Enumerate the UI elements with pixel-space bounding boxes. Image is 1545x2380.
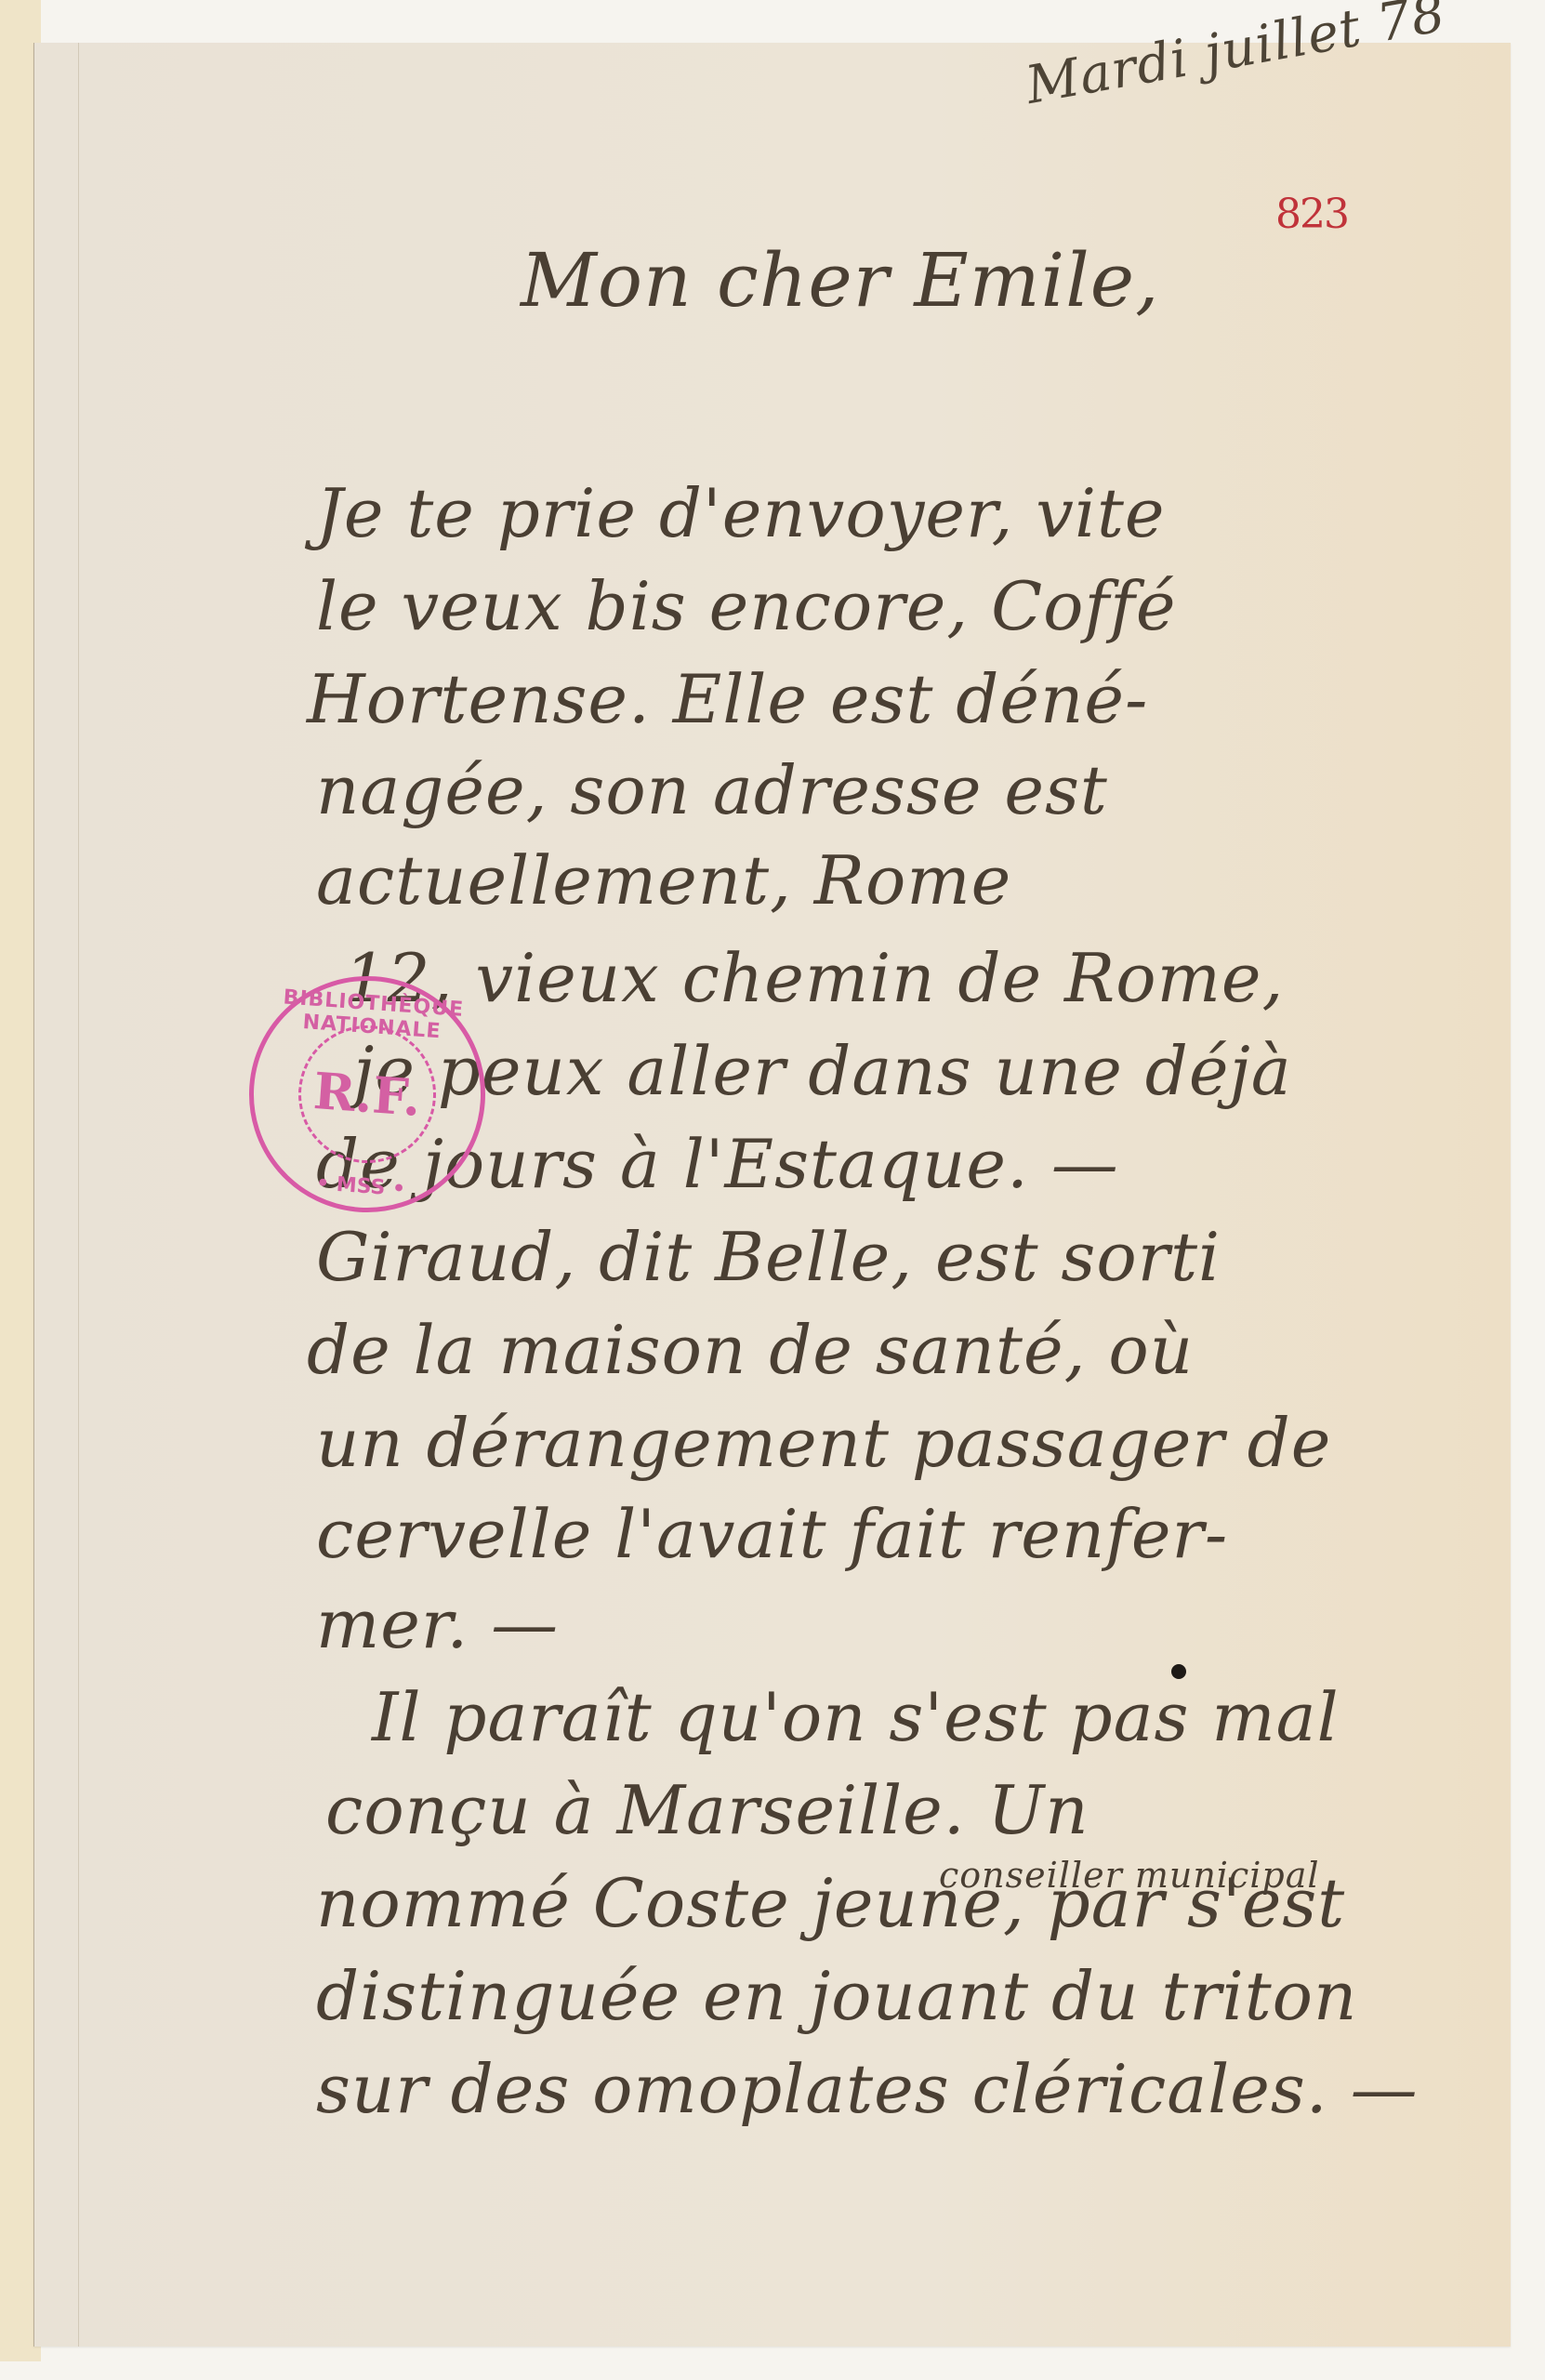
- letter-line-17: distinguée en jouant du triton: [316, 1957, 1357, 2035]
- letter-line-13: mer. —: [316, 1585, 559, 1663]
- folio-number: 823: [1275, 191, 1348, 238]
- library-stamp: BIBLIOTHÈQUE NATIONALE R.F. • MSS •: [241, 968, 493, 1220]
- letter-line-3: Hortense. Elle est déné-: [307, 660, 1148, 738]
- letter-line-7: je peux aller dans une déjà: [353, 1032, 1292, 1110]
- letter-line-2: le veux bis encore, Coffé: [316, 567, 1176, 645]
- page-fold-margin: [33, 43, 79, 2347]
- letter-line-10: de la maison de santé, où: [307, 1311, 1194, 1389]
- letter-line-14: Il paraît qu'on s'est pas mal: [372, 1678, 1340, 1756]
- letter-line-15: conçu à Marseille. Un: [325, 1771, 1089, 1849]
- letter-line-11: un dérangement passager de: [316, 1404, 1331, 1482]
- letter-line-1: Je te prie d'envoyer, vite: [316, 474, 1166, 552]
- stamp-inner-ring: R.F.: [294, 1021, 441, 1168]
- letter-line-18: sur des omoplates cléricales. —: [316, 2050, 1419, 2128]
- letter-line-5: actuellement, Rome: [316, 841, 1011, 919]
- letter-line-9: Giraud, dit Belle, est sorti: [316, 1218, 1221, 1296]
- ink-blot: [1171, 1664, 1186, 1679]
- letter-line-4: nagée, son adresse est: [316, 751, 1108, 829]
- stamp-center-text: R.F.: [311, 1061, 423, 1128]
- letter-line-16: nommé Coste jeune, par s'est: [316, 1864, 1345, 1942]
- letter-line-12: cervelle l'avait fait renfer-: [316, 1495, 1228, 1573]
- greeting: Mon cher Emile,: [521, 237, 1160, 324]
